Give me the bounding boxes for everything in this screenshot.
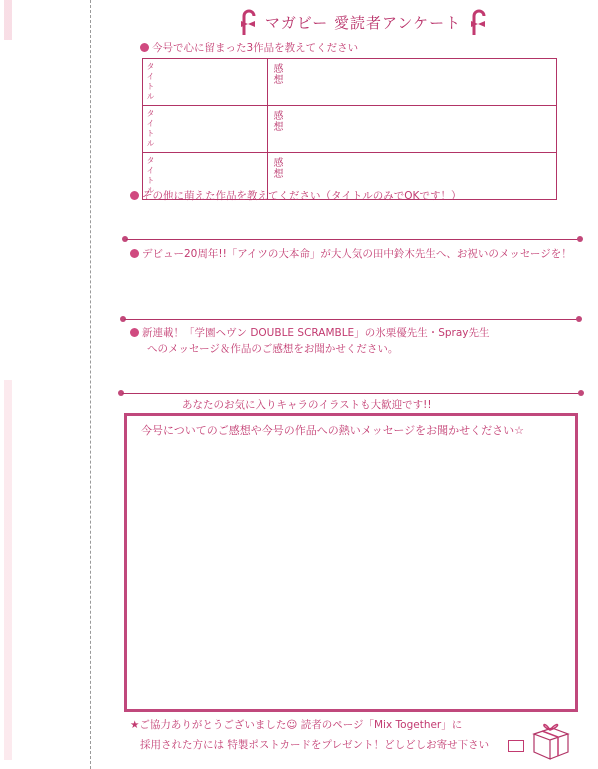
page-edge-strip [4, 0, 12, 769]
illustration-note: あなたのお気に入りキャラのイラストも大歓迎です!! [182, 397, 432, 412]
message-box[interactable]: 今号についてのご感想や今号の作品への熱いメッセージをお聞かせください☆ [124, 413, 578, 712]
impression-field[interactable]: 感想 [268, 59, 557, 106]
divider-dot [576, 316, 582, 322]
impression-label: 感想 [268, 106, 285, 136]
question-2-text: その他に萌えた作品を教えてください（タイトルのみでOKです！） [142, 190, 461, 202]
form-header: マガビー 愛読者アンケート [228, 6, 498, 38]
message-prompt: 今号についてのご感想や今号の作品への熱いメッセージをお聞かせください☆ [141, 422, 524, 438]
divider-dot [577, 236, 583, 242]
cut-line [90, 0, 91, 769]
divider [124, 319, 578, 320]
question-4-line1: 新連載！「学園ヘヴン DOUBLE SCRAMBLE」の氷栗優先生・Spray先… [142, 327, 490, 339]
title-label: タイトル [143, 106, 158, 152]
gift-box-icon [528, 718, 572, 762]
impression-label: 感想 [268, 59, 285, 89]
question-1: 今号で心に留まった3作品を教えてください [140, 40, 358, 55]
question-4: 新連載！「学園ヘヴン DOUBLE SCRAMBLE」の氷栗優先生・Spray先… [130, 325, 490, 340]
footer-line2: 採用された方には 特製ポストカードをプレゼント！どしどしお寄せ下さい [140, 737, 489, 752]
bullet-icon [140, 43, 149, 52]
bullet-icon [130, 328, 139, 337]
star-icon: ★ [130, 719, 139, 731]
title-field[interactable]: タイトル [143, 106, 268, 153]
divider [122, 393, 580, 394]
title-field[interactable]: タイトル [143, 59, 268, 106]
footer-line1-text: ご協力ありがとうございました☺ 読者のページ「Mix Together」に [139, 719, 462, 731]
title-label: タイトル [143, 59, 158, 105]
candy-cane-icon [239, 7, 257, 37]
divider-dot [578, 390, 584, 396]
bullet-icon [130, 249, 139, 258]
candy-cane-icon [469, 7, 487, 37]
works-table: タイトル 感想 タイトル 感想 タイトル 感想 [142, 58, 557, 200]
footer-line1: ★ご協力ありがとうございました☺ 読者のページ「Mix Together」に [130, 717, 462, 732]
question-4-line2: へのメッセージ＆作品のご感想をお聞かせください。 [147, 341, 398, 356]
impression-label: 感想 [268, 153, 285, 183]
envelope-icon [508, 740, 524, 752]
table-row: タイトル 感想 [143, 59, 557, 106]
question-3-text: デビュー20周年!!「アイツの大本命」が大人気の田中鈴木先生へ、お祝いのメッセー… [142, 248, 572, 260]
table-row: タイトル 感想 [143, 106, 557, 153]
question-2: その他に萌えた作品を教えてください（タイトルのみでOKです！） [130, 188, 461, 203]
question-1-text: 今号で心に留まった3作品を教えてください [152, 42, 358, 54]
form-title: マガビー 愛読者アンケート [265, 12, 461, 33]
bullet-icon [130, 191, 139, 200]
question-3: デビュー20周年!!「アイツの大本命」が大人気の田中鈴木先生へ、お祝いのメッセー… [130, 246, 572, 261]
divider [126, 239, 580, 240]
impression-field[interactable]: 感想 [268, 106, 557, 153]
